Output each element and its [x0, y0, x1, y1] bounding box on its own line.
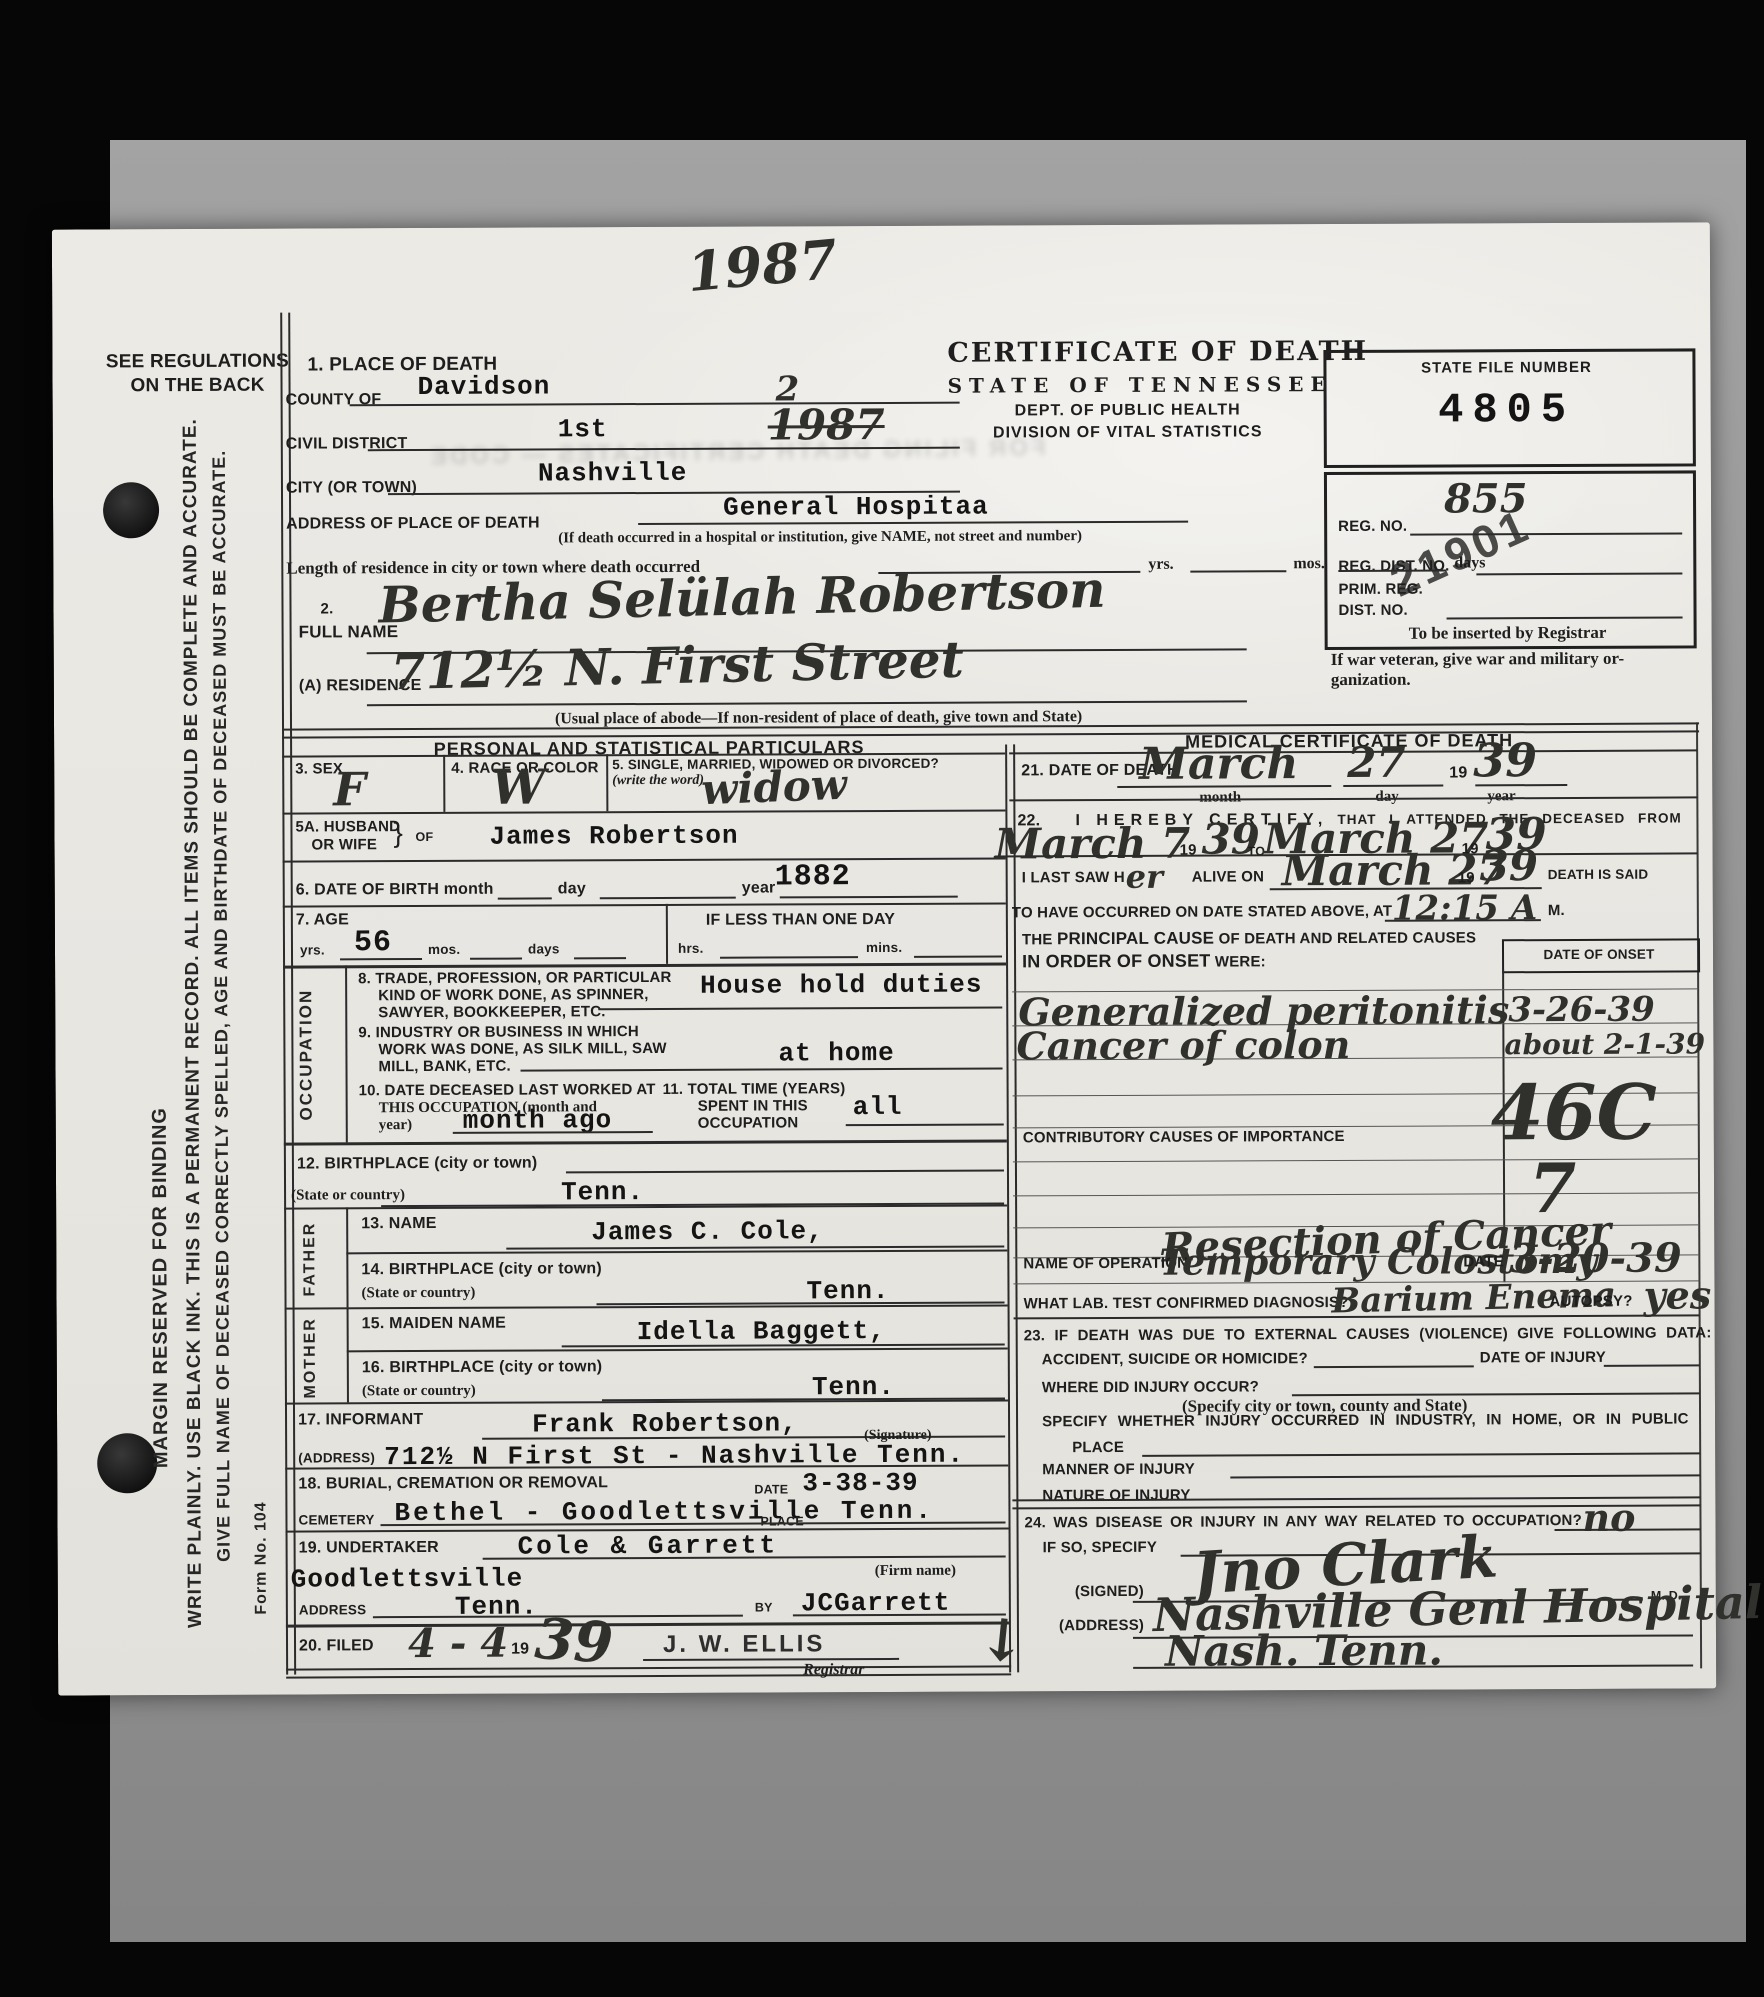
- informant-address-label: (ADDRESS): [298, 1450, 375, 1467]
- war-veteran-note1: If war veteran, give war and military or…: [1331, 649, 1624, 671]
- date-of-onset-label: DATE OF ONSET: [1502, 946, 1696, 963]
- registrar-label: Registrar: [803, 1660, 864, 1679]
- days-label: days: [1454, 553, 1485, 572]
- undertaker-label: 19. UNDERTAKER: [299, 1538, 439, 1558]
- birthplace-note: (State or country): [291, 1186, 405, 1204]
- dob-year-value: 1882: [775, 862, 851, 892]
- birthplace-label: 12. BIRTHPLACE (city or town): [297, 1153, 538, 1173]
- last-saw-hand-er: er: [1126, 861, 1163, 893]
- prim-reg-label: PRIM. REG.: [1338, 581, 1423, 599]
- certificate-title: CERTIFICATE OF DEATH: [947, 336, 1307, 370]
- father-birthplace-label: 14. BIRTHPLACE (city or town): [361, 1259, 602, 1279]
- death-is-said-label: DEATH IS SAID: [1548, 867, 1649, 884]
- rule: [1190, 570, 1286, 572]
- insert-note: To be inserted by Registrar: [1325, 622, 1691, 644]
- down-arrow-mark: ↓: [975, 1609, 1029, 1672]
- rule: [574, 957, 626, 959]
- trade-value: House hold duties: [700, 972, 982, 999]
- principal-1a: THE: [1022, 931, 1057, 948]
- last-worked-label-1: 10. DATE DECEASED LAST WORKED AT: [359, 1081, 656, 1100]
- filed-label: 20. FILED: [299, 1636, 374, 1656]
- date-of-death-month: March: [1139, 742, 1298, 787]
- burial-date-label: DATE: [754, 1482, 788, 1497]
- certificate-subtitle: STATE OF TENNESSEE: [947, 372, 1307, 398]
- total-time-label-3: OCCUPATION: [698, 1114, 799, 1132]
- to-label: TO: [1248, 844, 1266, 859]
- form-number: Form No. 104: [252, 1488, 271, 1628]
- rule: [1475, 784, 1567, 786]
- punch-hole-top: [103, 482, 159, 538]
- age-value: 56: [354, 928, 392, 958]
- trade-label-3: SAWYER, BOOKKEEPER, ETC.: [378, 1003, 605, 1022]
- father-birthplace-value: Tenn.: [806, 1278, 889, 1304]
- filed-century: 19: [511, 1640, 529, 1659]
- cause-2-onset-date: about 2-1-39: [1504, 1030, 1705, 1059]
- mother-birthplace-value: Tenn.: [812, 1374, 895, 1400]
- father-name-value: James C. Cole,: [591, 1218, 824, 1245]
- certificate-sheet: FOR FILING DEATH CERTIFICATES — CODE SEE…: [0, 0, 1764, 1997]
- occupation-related-value: no: [1582, 1499, 1635, 1537]
- filed-year-hand: 39: [533, 1611, 614, 1672]
- spouse-of-label: OF: [415, 830, 433, 845]
- principal-2b: WERE:: [1210, 953, 1265, 970]
- alive-on-label: ALIVE ON: [1192, 868, 1265, 886]
- rule: [340, 958, 422, 960]
- county-label: COUNTY OF: [286, 390, 382, 410]
- lab-test-label: WHAT LAB. TEST CONFIRMED DIAGNOSIS?: [1024, 1294, 1349, 1313]
- mother-name-label: 15. MAIDEN NAME: [362, 1314, 506, 1334]
- undertaker-value: Cole & Garrett: [518, 1532, 779, 1559]
- address-of-death-label: ADDRESS OF PLACE OF DEATH: [286, 513, 540, 533]
- cell-divider: [666, 904, 668, 964]
- city-value: Nashville: [538, 460, 688, 487]
- cemetery-label: CEMETERY: [298, 1512, 374, 1529]
- place-label: PLACE: [1072, 1439, 1124, 1457]
- burial-date-value: 3-38-39: [802, 1470, 918, 1497]
- marital-note: (write the word): [612, 773, 704, 790]
- century-a: 19: [1180, 842, 1197, 860]
- spouse-label-2: OR WIFE: [311, 836, 377, 854]
- address-note: (If death occurred in a hospital or inst…: [558, 527, 1082, 547]
- burial-label: 18. BURIAL, CREMATION OR REMOVAL: [298, 1473, 608, 1494]
- undertaker-city: Goodlettsville: [291, 1566, 524, 1593]
- birthplace-value: Tenn.: [561, 1179, 644, 1205]
- sex-value: F: [333, 766, 366, 812]
- last-worked-label-3: year): [379, 1116, 412, 1134]
- rule: [470, 958, 522, 960]
- total-time-value: all: [853, 1094, 903, 1120]
- reg-no-label: REG. NO.: [1338, 518, 1407, 536]
- dist-no-label: DIST. NO.: [1338, 602, 1407, 620]
- race-value: W: [491, 763, 545, 811]
- principal-1c: OF DEATH AND RELATED CAUSES: [1214, 929, 1476, 947]
- civil-district-value: 1st: [558, 416, 608, 442]
- manner-of-injury-label: MANNER OF INJURY: [1042, 1461, 1195, 1480]
- last-worked-value: month ago: [463, 1107, 613, 1134]
- physician-address-label: (ADDRESS): [1059, 1617, 1144, 1635]
- mins-label: mins.: [866, 940, 902, 956]
- undertaker-address-label: ADDRESS: [299, 1602, 366, 1618]
- occupation-side-label: OCCUPATION: [296, 980, 317, 1128]
- spouse-label-1: 5A. HUSBAND: [295, 818, 400, 836]
- residence-note: (Usual place of abode—If non-resident of…: [555, 707, 1082, 728]
- residence-value: 712½ N. First Street: [390, 635, 964, 697]
- age-label: 7. AGE: [296, 910, 349, 929]
- division-line: DIVISION OF VITAL STATISTICS: [948, 422, 1308, 443]
- war-veteran-note2: ganization.: [1331, 670, 1411, 691]
- hrs-label: hrs.: [678, 941, 704, 957]
- spouse-brace: }: [393, 816, 403, 850]
- spouse-value: James Robertson: [489, 823, 738, 850]
- mother-name-value: Idella Baggett,: [637, 1318, 886, 1345]
- occurred-label: TO HAVE OCCURRED ON DATE STATED ABOVE, A…: [1012, 903, 1393, 923]
- cell-divider: [443, 755, 445, 812]
- fullname-number: 2.: [320, 600, 333, 618]
- autopsy-value: yes: [1643, 1276, 1711, 1314]
- dob-day-label: day: [558, 879, 586, 898]
- if-so-specify-label: IF SO, SPECIFY: [1043, 1539, 1158, 1557]
- father-birthplace-note: (State or country): [361, 1284, 475, 1302]
- total-time-label-2: SPENT IN THIS: [698, 1097, 808, 1115]
- county-value: Davidson: [417, 373, 550, 400]
- autopsy-label: AUTOPSY?: [1550, 1293, 1633, 1311]
- age-days-label: days: [528, 941, 560, 957]
- industry-label-3: MILL, BANK, ETC.: [378, 1058, 510, 1077]
- where-injury-label: WHERE DID INJURY OCCUR?: [1042, 1378, 1259, 1397]
- cell-divider: [606, 754, 608, 811]
- deceased-name-value: Bertha Selülah Robertson: [378, 565, 1106, 631]
- mother-birthplace-label: 16. BIRTHPLACE (city or town): [362, 1357, 603, 1377]
- mother-side-label: MOTHER: [302, 1318, 320, 1398]
- firm-name-note: (Firm name): [875, 1562, 956, 1580]
- dob-label: 6. DATE OF BIRTH month: [296, 880, 494, 900]
- margin-binding-note: MARGIN RESERVED FOR BINDING: [149, 1148, 173, 1468]
- yrs-label: yrs.: [1148, 555, 1173, 574]
- industry-label-2: WORK WAS DONE, AS SILK MILL, SAW: [378, 1040, 666, 1059]
- principal-2a: IN ORDER OF ONSET: [1022, 951, 1211, 972]
- rule: [1604, 1364, 1700, 1366]
- injury-date-label: DATE OF INJURY: [1480, 1349, 1606, 1368]
- date-of-death-day: 27: [1347, 742, 1406, 784]
- by-label: BY: [755, 1600, 773, 1615]
- father-side-label: FATHER: [301, 1220, 319, 1298]
- dept-line: DEPT. OF PUBLIC HEALTH: [948, 400, 1308, 421]
- dob-year-label: year: [742, 878, 776, 897]
- rule: [914, 955, 1002, 957]
- principal-1b: PRINCIPAL CAUSE: [1057, 929, 1214, 949]
- punch-hole-bottom: [97, 1433, 157, 1493]
- page-number-handwritten: 1987: [685, 232, 840, 300]
- mother-birthplace-note: (State or country): [362, 1382, 476, 1400]
- marital-value: widow: [701, 764, 848, 812]
- state-file-label: STATE FILE NUMBER: [1323, 358, 1689, 378]
- total-time-label-1: 11. TOTAL TIME (YEARS): [663, 1080, 846, 1099]
- see-regulations-line1: SEE REGULATIONS: [92, 351, 302, 375]
- signed-label: (SIGNED): [1075, 1583, 1144, 1601]
- trade-label-2: KIND OF WORK DONE, AS SPINNER,: [378, 986, 649, 1005]
- state-file-number: 4805: [1324, 388, 1690, 432]
- father-name-label: 13. NAME: [361, 1214, 436, 1234]
- microfilm-scan: FOR FILING DEATH CERTIFICATES — CODE SEE…: [0, 0, 1764, 1997]
- item23-label: 23. IF DEATH WAS DUE TO EXTERNAL CAUSES …: [1024, 1324, 1712, 1345]
- rule: [498, 897, 552, 899]
- accident-label: ACCIDENT, SUICIDE OR HOMICIDE?: [1042, 1350, 1308, 1369]
- cause-of-death-2: Cancer of colon: [1016, 1026, 1350, 1065]
- operation-date-label: DATE: [1463, 1253, 1504, 1271]
- mos-label: mos.: [1293, 554, 1325, 573]
- reg-dist-label: REG. DIST. NO.: [1338, 558, 1449, 576]
- see-regulations-line2: ON THE BACK: [92, 375, 302, 399]
- age-mos-label: mos.: [428, 942, 460, 958]
- specify-whether-label: SPECIFY WHETHER INJURY OCCURRED IN INDUS…: [1042, 1410, 1689, 1431]
- date-of-death-year: 39: [1473, 737, 1537, 783]
- informant-value: Frank Robertson,: [532, 1410, 798, 1437]
- if-less-label: IF LESS THAN ONE DAY: [706, 910, 895, 930]
- filed-date-hand: 4 - 4: [408, 1624, 508, 1664]
- century-printed: 19: [1449, 763, 1467, 782]
- cause-1-onset-date: 3-26-39: [1508, 993, 1655, 1028]
- contributory-label: CONTRIBUTORY CAUSES OF IMPORTANCE: [1023, 1128, 1345, 1147]
- informant-label: 17. INFORMANT: [298, 1410, 423, 1430]
- last-saw-label: I LAST SAW H: [1022, 869, 1125, 887]
- cell-divider: [347, 1307, 349, 1402]
- item24-label: 24. WAS DISEASE OR INJURY IN ANY WAY REL…: [1024, 1512, 1582, 1532]
- meridiem-label: M.: [1548, 902, 1565, 920]
- cause-code-46c: 46C: [1491, 1075, 1658, 1152]
- registrar-name-stamp: J. W. ELLIS: [663, 1630, 825, 1660]
- address-of-death-value: General Hospitaa: [723, 494, 989, 521]
- industry-value: at home: [778, 1040, 894, 1067]
- last-saw-year: 39: [1480, 845, 1539, 887]
- century-c: 19: [1458, 869, 1475, 887]
- district-hand-number: 1987: [768, 404, 885, 447]
- by-value: JCGarrett: [801, 1590, 951, 1617]
- age-yrs-label: yrs.: [300, 942, 325, 958]
